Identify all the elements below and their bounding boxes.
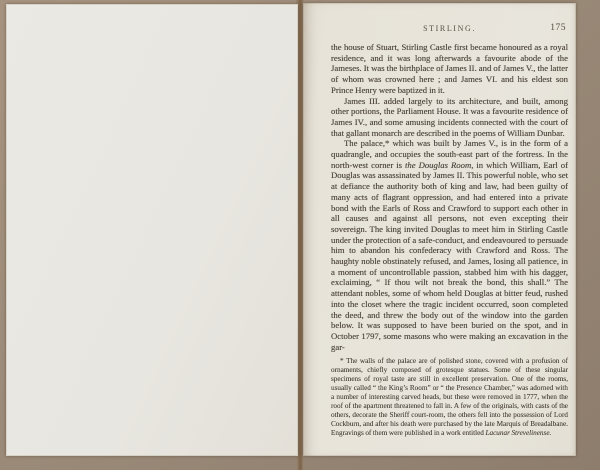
right-page: STIRLING. 175 the house of Stuart, Stirl… xyxy=(303,3,576,456)
text-segment: James III. added largely to its architec… xyxy=(331,96,568,138)
page-number: 175 xyxy=(550,23,566,33)
text-segment: * The walls of the palace are of polishe… xyxy=(331,357,568,436)
book-scan: STIRLING. 175 the house of Stuart, Stirl… xyxy=(0,0,600,470)
body-paragraph: The palace,* which was built by James V.… xyxy=(331,138,568,352)
text-block: the house of Stuart, Stirling Castle fir… xyxy=(331,42,568,352)
page-content: STIRLING. 175 the house of Stuart, Stirl… xyxy=(331,23,568,450)
italic-text-segment: Lacunar Strevelinense. xyxy=(486,429,552,437)
footnote-paragraph: * The walls of the palace are of polishe… xyxy=(331,357,568,437)
footnote: * The walls of the palace are of polishe… xyxy=(331,357,568,437)
italic-text-segment: the Douglas Room xyxy=(405,160,471,170)
left-page-blank xyxy=(6,4,298,456)
text-segment: the house of Stuart, Stirling Castle fir… xyxy=(331,42,568,95)
text-segment: , in which William, Earl of Douglas was … xyxy=(331,160,568,352)
body-paragraph: the house of Stuart, Stirling Castle fir… xyxy=(331,42,568,96)
running-title: STIRLING. xyxy=(331,24,568,33)
body-paragraph: James III. added largely to its architec… xyxy=(331,96,568,139)
running-head: STIRLING. 175 xyxy=(331,23,568,35)
